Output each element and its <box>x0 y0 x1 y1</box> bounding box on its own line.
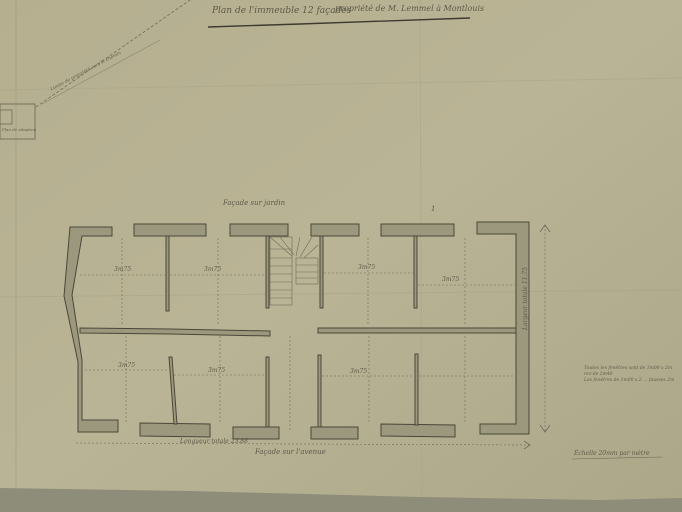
facade-bottom-label: Façade sur l'avenue <box>255 448 326 456</box>
dim-room-4: 3m75 <box>442 276 459 283</box>
floor-plan-photo: Plan de l'immeuble 12 façades propriété … <box>0 0 682 512</box>
dim-room-3: 3m75 <box>358 264 375 271</box>
dim-room-2: 3m75 <box>204 266 221 273</box>
dim-room-1: 3m75 <box>114 266 131 273</box>
plan-title-right: propriété de M. Lemmel à Montlouis <box>335 4 484 13</box>
plan-title-left: Plan de l'immeuble 12 façades <box>212 6 351 16</box>
facade-top-label: Façade sur jardin <box>223 199 285 207</box>
plan-drawing <box>0 0 682 512</box>
dim-room-5: 3m75 <box>118 362 135 369</box>
dim-room-6: 3m75 <box>208 367 225 374</box>
notes-line-2: rez-de 2m40 <box>584 372 613 377</box>
scale-note: Échelle 20mm par mètre <box>574 450 650 457</box>
dim-room-7: 3m75 <box>350 368 367 375</box>
overall-length-label: Longueur totale 23.88 <box>180 438 248 445</box>
site-plan-inset-label: Plan de situation <box>2 127 36 132</box>
overall-depth-label: Largeur totale 11.75 <box>522 267 529 330</box>
notes-line-1: Toutes les fenêtres sont de 1m00 x 2m <box>584 366 672 371</box>
page-mark: 1 <box>431 205 435 213</box>
notes-line-3: Les fenêtres de 1m00 x 2 ... fausses 2m <box>584 378 674 383</box>
